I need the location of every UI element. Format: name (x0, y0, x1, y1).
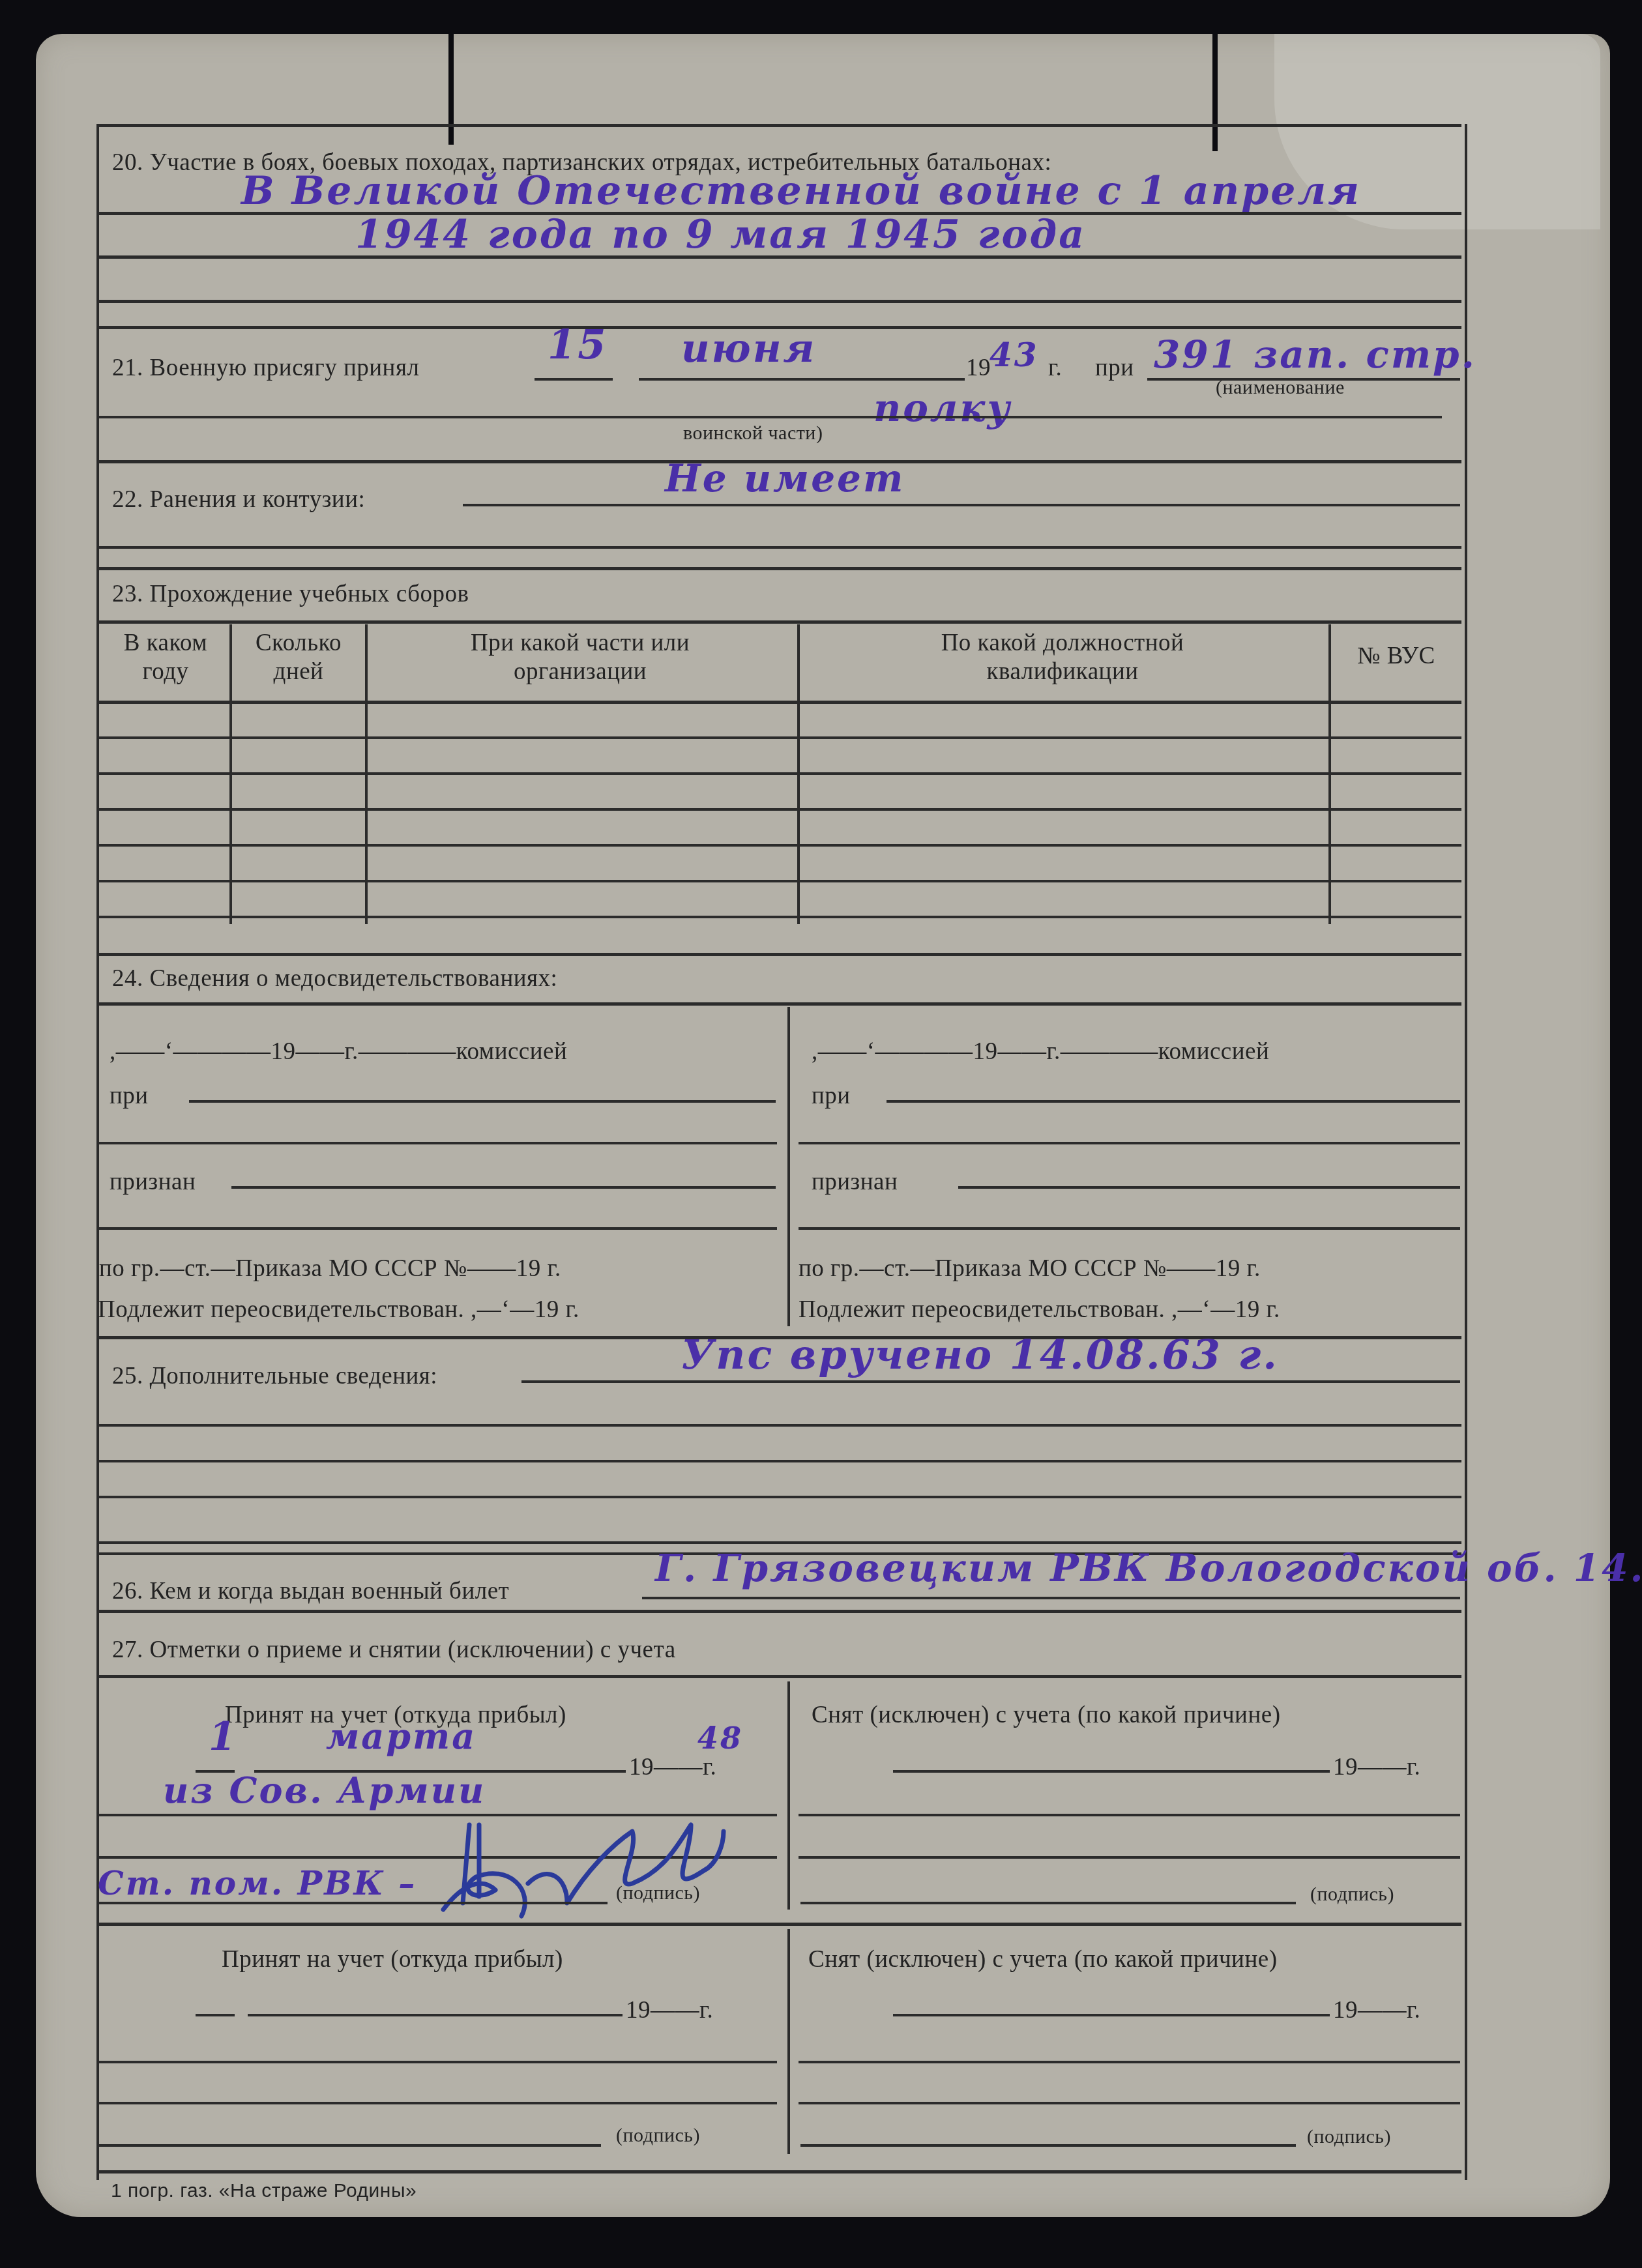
s27-b2-left-signature-caption: (подпись) (616, 2125, 700, 2147)
s22-value: Не имеет (665, 456, 905, 501)
col-divider (787, 1929, 790, 2154)
rule (799, 2061, 1460, 2063)
table-row (99, 772, 1461, 775)
rule (799, 1814, 1460, 1816)
s20-handwritten-line2: 1944 года по 9 мая 1945 года (355, 212, 1086, 257)
s24-label: 24. Сведения о медосвидетельствованиях: (112, 965, 557, 993)
signature-icon (417, 1805, 756, 1936)
s24-left-date-line: ,——‘————19——г.————комиссией (110, 1038, 567, 1066)
s24-left-priznan: признан (110, 1168, 196, 1196)
s24-left-pri: при (110, 1082, 149, 1110)
rule (189, 1100, 776, 1103)
s21-caption-voinskoy-chasti: воинской части) (683, 422, 823, 444)
table-row (99, 808, 1461, 811)
s27-b1-right-header: Снят (исключен) с учета (по какой причин… (812, 1701, 1280, 1729)
rule (887, 1100, 1460, 1103)
table-row (99, 880, 1461, 882)
s26-value: Г. Грязовецким РВК Вологодской об. 14.08… (655, 1546, 1642, 1590)
s21-unit: 391 зап. стр. (1154, 332, 1476, 377)
rule (99, 1902, 608, 1904)
rule (99, 416, 1442, 418)
table-row (99, 916, 1461, 918)
rule (99, 124, 1461, 127)
s24-left-reexam: Подлежит переосвидетельствован. ,—‘—19 г… (98, 1296, 579, 1324)
rule (99, 1227, 777, 1230)
rule (800, 2144, 1296, 2147)
s23-col-unit: При какой части или организации (417, 629, 743, 686)
rule (99, 1610, 1461, 1613)
col-divider (787, 1681, 790, 1910)
rule (99, 546, 1461, 549)
s23-col-vus: № ВУС (1331, 642, 1461, 671)
rule (99, 2170, 1461, 2173)
s27-b2-left-header: Принят на учет (откуда прибыл) (222, 1945, 563, 1973)
s21-pri: при (1095, 354, 1134, 382)
rule (99, 255, 1461, 259)
s27-b1-right-signature-caption: (подпись) (1310, 1883, 1394, 1906)
s24-right-pri: при (812, 1082, 851, 1110)
rule (196, 2014, 235, 2016)
s23-label: 23. Прохождение учебных сборов (112, 580, 469, 608)
rule (535, 378, 613, 381)
s27-b2-left-date-tail: 19——г. (626, 1996, 713, 2024)
col-divider (787, 1007, 790, 1326)
s21-g: г. (1048, 354, 1062, 382)
s21-caption-naimenovanie: (наименование (1216, 377, 1345, 399)
s20-handwritten-line1: В Великой Отечественной войне с 1 апреля (241, 168, 1361, 214)
rule (99, 2144, 601, 2147)
s27-b2-right-date-tail: 19——г. (1333, 1996, 1420, 2024)
s21-year-prefix: 19 (966, 354, 991, 382)
rule (99, 2061, 777, 2063)
s22-label: 22. Ранения и контузии: (112, 486, 365, 514)
s24-right-order: по гр.—ст.—Приказа МО СССР №——19 г. (799, 1255, 1261, 1283)
s27-b1-left-signature-caption: (подпись) (616, 1882, 700, 1904)
rule (799, 1227, 1460, 1230)
table-row (99, 736, 1461, 739)
rule (893, 1770, 1330, 1773)
s24-right-date-line: ,——‘————19——г.————комиссией (812, 1038, 1269, 1066)
s24-left-order: по гр.—ст.—Приказа МО СССР №——19 г. (99, 1255, 561, 1283)
rule (799, 1142, 1460, 1144)
rule (463, 504, 1460, 506)
rule (799, 1856, 1460, 1859)
rule (799, 2102, 1460, 2104)
s27-b1-left-date-tail: 19——г. (629, 1753, 716, 1781)
rule (642, 1597, 1460, 1599)
s27-b1-right-date-tail: 19——г. (1333, 1753, 1420, 1781)
s27-b1-left-month: марта (326, 1715, 476, 1757)
rule (99, 1002, 1461, 1006)
table-row (99, 844, 1461, 847)
rule (800, 1902, 1296, 1904)
s26-label: 26. Кем и когда выдан военный билет (112, 1577, 509, 1605)
rule (248, 2014, 623, 2016)
s24-right-priznan: признан (812, 1168, 898, 1196)
rule (99, 1496, 1461, 1498)
rule (99, 2102, 777, 2104)
printer-imprint: 1 погр. газ. «На страже Родины» (111, 2180, 417, 2202)
s21-year: 43 (990, 336, 1039, 374)
rule (958, 1186, 1460, 1189)
s23-col-qualification: По какой должностной квалификации (867, 629, 1258, 686)
rule (99, 1541, 1461, 1544)
rule (231, 1186, 776, 1189)
s21-day: 15 (548, 321, 608, 368)
s23-col-days: Сколько дней (232, 629, 365, 686)
rule (99, 1142, 777, 1144)
rule (99, 1923, 1461, 1926)
s23-col-year: В каком году (102, 629, 229, 686)
s27-b1-left-day: 1 (209, 1714, 238, 1760)
s25-label: 25. Дополнительные сведения: (112, 1362, 437, 1390)
rule (521, 1380, 1460, 1383)
rule (99, 953, 1461, 956)
s27-b1-left-year: 48 (697, 1721, 743, 1756)
s27-b2-right-header: Снят (исключен) с учета (по какой причин… (808, 1945, 1277, 1973)
rule (639, 378, 965, 381)
rule (99, 1460, 1461, 1462)
s24-right-reexam: Подлежит переосвидетельствован. ,—‘—19 г… (799, 1296, 1280, 1324)
rule (893, 2014, 1330, 2016)
s21-unit-line2: полку (873, 386, 1012, 430)
rule (99, 1675, 1461, 1678)
s21-month: июня (681, 326, 816, 371)
s27-label: 27. Отметки о приеме и снятии (исключени… (112, 1636, 676, 1664)
s27-b2-right-signature-caption: (подпись) (1307, 2126, 1391, 2148)
s21-label: 21. Военную присягу принял (112, 354, 419, 382)
rule (99, 701, 1461, 704)
s27-b1-left-signer: Ст. пом. РВК – (98, 1864, 417, 1902)
rule (99, 620, 1461, 624)
rule (99, 1424, 1461, 1427)
s25-value: Упс вручено 14.08.63 г. (681, 1331, 1279, 1378)
rule (99, 300, 1461, 303)
rule (99, 567, 1461, 570)
